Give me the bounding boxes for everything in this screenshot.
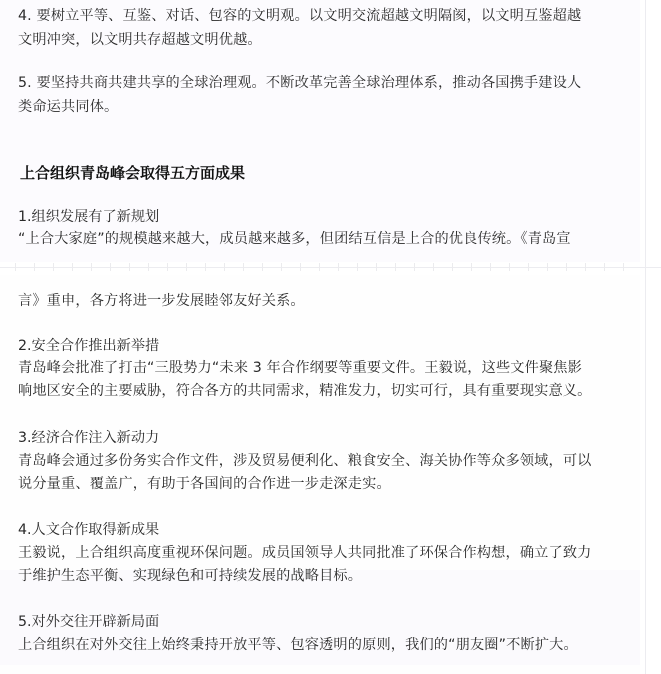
grid-tick — [186, 263, 187, 271]
grid-tick — [15, 263, 16, 271]
grid-tick — [509, 263, 510, 271]
grid-tick — [566, 263, 567, 271]
grid-line-horizontal — [0, 267, 661, 268]
achievement-4-title: 4.人文合作取得新成果 — [18, 520, 159, 540]
grid-tick — [376, 263, 377, 271]
grid-tick — [34, 263, 35, 271]
achievement-3-line-1: 青岛峰会通过多份务实合作文件，涉及贸易便利化、粮食安全、海关协作等众多领域，可以 — [18, 451, 592, 471]
achievement-1-title: 1.组织发展有了新规划 — [18, 207, 159, 227]
grid-tick — [129, 263, 130, 271]
achievement-3-title: 3.经济合作注入新动力 — [18, 428, 159, 448]
grid-tick — [53, 263, 54, 271]
grid-tick — [338, 263, 339, 271]
grid-tick — [319, 263, 320, 271]
grid-tick — [262, 263, 263, 271]
grid-tick — [167, 263, 168, 271]
grid-tick — [547, 263, 548, 271]
grid-tick — [395, 263, 396, 271]
grid-tick — [471, 263, 472, 271]
achievement-2-title: 2.安全合作推出新举措 — [18, 336, 159, 356]
grid-tick — [604, 263, 605, 271]
achievement-1-line-1: “上合大家庭”的规模越来越大，成员越来越多，但团结互信是上合的优良传统。《青岛宣 — [18, 229, 571, 249]
principle-5-line-2: 类命运共同体。 — [18, 97, 118, 117]
grid-tick — [490, 263, 491, 271]
grid-tick — [414, 263, 415, 271]
grid-tick — [623, 263, 624, 271]
grid-tick — [357, 263, 358, 271]
achievement-1-line-2: 言》重申，各方将进一步发展睦邻友好关系。 — [18, 291, 305, 311]
achievement-2-line-2: 响地区安全的主要威胁，符合各方的共同需求，精准发力，切实可行，具有重要现实意义。 — [18, 381, 592, 401]
achievement-5-title: 5.对外交往开辟新局面 — [18, 612, 159, 632]
principle-5-line-1: 5. 要坚持共商共建共享的全球治理观。不断改革完善全球治理体系，推动各国携手建设… — [18, 73, 581, 93]
grid-tick — [72, 263, 73, 271]
grid-tick — [205, 263, 206, 271]
principle-4-line-1: 4. 要树立平等、互鉴、对话、包容的文明观。以文明交流超越文明隔阂，以文明互鉴超… — [18, 6, 581, 26]
achievement-4-line-1: 王毅说，上合组织高度重视环保问题。成员国领导人共同批准了环保合作构想，确立了致力 — [18, 543, 592, 563]
grid-tick — [110, 263, 111, 271]
grid-tick — [224, 263, 225, 271]
section-title: 上合组织青岛峰会取得五方面成果 — [20, 163, 245, 183]
grid-tick — [433, 263, 434, 271]
grid-tick — [585, 263, 586, 271]
achievement-3-line-2: 说分量重、覆盖广，有助于各国间的合作进一步走深走实。 — [18, 474, 391, 494]
grid-tick — [91, 263, 92, 271]
achievement-2-line-1: 青岛峰会批准了打击“三股势力“未来 3 年合作纲要等重要文件。王毅说，这些文件聚… — [18, 358, 582, 378]
grid-tick — [281, 263, 282, 271]
grid-tick — [452, 263, 453, 271]
grid-tick — [300, 263, 301, 271]
achievement-4-line-2: 于维护生态平衡、实现绿色和可持续发展的战略目标。 — [18, 566, 362, 586]
grid-line-vertical — [645, 0, 646, 674]
grid-tick — [148, 263, 149, 271]
achievement-5-line-1: 上合组织在对外交往上始终秉持开放平等、包容透明的原则，我们的“朋友圈”不断扩大。 — [18, 635, 578, 655]
grid-tick — [528, 263, 529, 271]
grid-tick — [243, 263, 244, 271]
principle-4-line-2: 文明冲突，以文明共存超越文明优越。 — [18, 30, 262, 50]
